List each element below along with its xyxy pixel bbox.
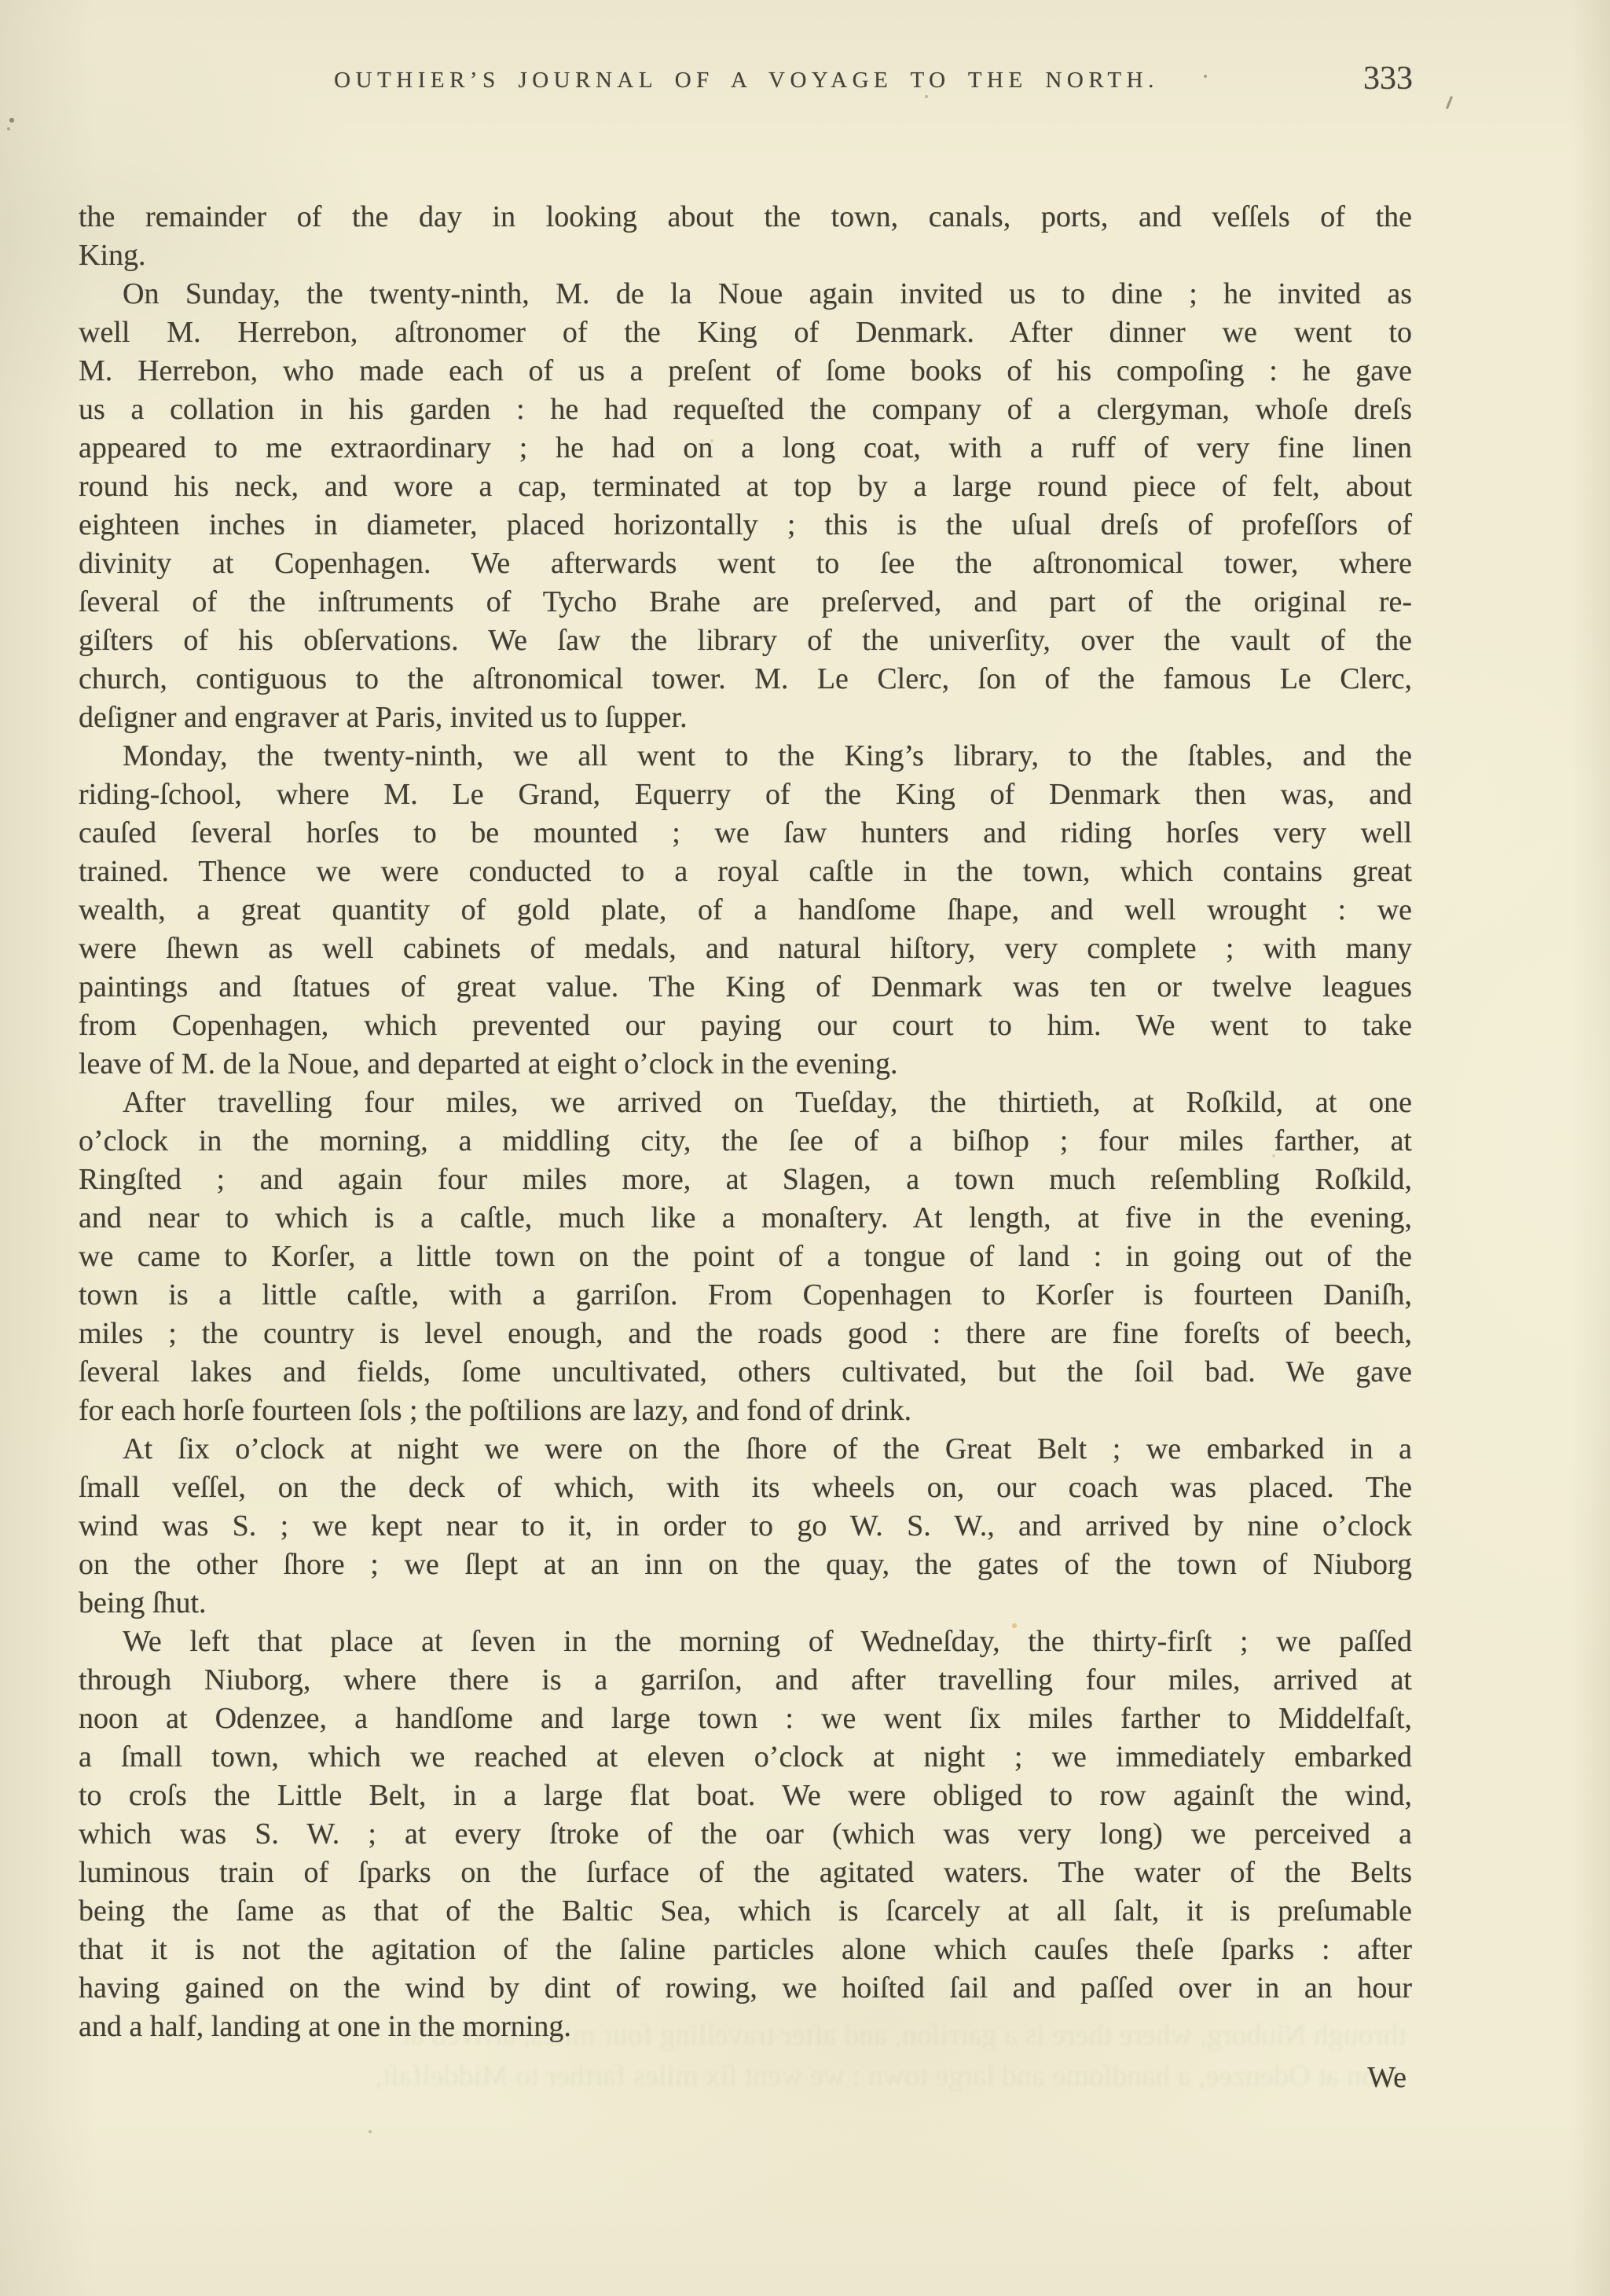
text-line: church, contiguous to the aſtronomical t… xyxy=(79,660,1412,699)
text-line: luminous train of ſparks on the ſurface … xyxy=(79,1854,1412,1892)
text-line: deſigner and engraver at Paris, invited … xyxy=(79,699,1412,737)
text-line: At ſix o’clock at night we were on the ſ… xyxy=(79,1430,1412,1469)
text-line: that it is not the agitation of the ſali… xyxy=(79,1931,1412,1969)
text-line: trained. Thence we were conducted to a r… xyxy=(79,853,1412,891)
text-line: ſeveral of the inſtruments of Tycho Brah… xyxy=(79,583,1412,622)
text-line: well M. Herrebon, aſtronomer of the King… xyxy=(79,314,1412,352)
text-line: ſeveral lakes and fields, ſome uncultiva… xyxy=(79,1353,1412,1392)
text-line: and near to which is a caſtle, much like… xyxy=(79,1199,1412,1238)
text-line: for each horſe fourteen ſols ; the poſti… xyxy=(79,1392,1412,1430)
text-line: After travelling four miles, we arrived … xyxy=(79,1084,1412,1122)
paragraph: After travelling four miles, we arrived … xyxy=(79,1084,1412,1430)
text-line: town is a little caſtle, with a garriſon… xyxy=(79,1276,1412,1315)
text-line: riding-ſchool, where M. Le Grand, Equerr… xyxy=(79,776,1412,814)
page-number: 333 xyxy=(1363,60,1413,97)
text-line: us a collation in his garden : he had re… xyxy=(79,391,1412,429)
text-line: eighteen inches in diameter, placed hori… xyxy=(79,506,1412,545)
text-line: giſters of his obſervations. We ſaw the … xyxy=(79,622,1412,660)
text-line: to croſs the Little Belt, in a large fla… xyxy=(79,1777,1412,1815)
paragraph: We left that place at ſeven in the morni… xyxy=(79,1623,1412,2046)
text-line: o’clock in the morning, a middling city,… xyxy=(79,1122,1412,1161)
text-line: appeared to me extraordinary ; he had on… xyxy=(79,429,1412,468)
text-line: divinity at Copenhagen. We afterwards we… xyxy=(79,545,1412,583)
catchword: We xyxy=(79,2060,1416,2095)
text-line: Ringſted ; and again four miles more, at… xyxy=(79,1161,1412,1199)
text-line: wind was S. ; we kept near to it, in ord… xyxy=(79,1507,1412,1546)
text-line: from Copenhagen, which prevented our pay… xyxy=(79,1007,1412,1045)
text-line: On Sunday, the twenty-ninth, M. de la No… xyxy=(79,275,1412,314)
text-line: a ſmall town, which we reached at eleven… xyxy=(79,1738,1412,1777)
stray-ink-mark xyxy=(1446,96,1453,109)
text-line: on the other ſhore ; we ſlept at an inn … xyxy=(79,1546,1412,1584)
text-line: having gained on the wind by dint of row… xyxy=(79,1969,1412,2008)
text-line: paintings and ſtatues of great value. Th… xyxy=(79,968,1412,1007)
book-page: OUTHIER’S JOURNAL OF A VOYAGE TO THE NOR… xyxy=(0,0,1610,2296)
text-line: noon at Odenzee, a handſome and large to… xyxy=(79,1700,1412,1738)
text-line: through Niuborg, where there is a garriſ… xyxy=(79,1661,1412,1700)
paragraph: On Sunday, the twenty-ninth, M. de la No… xyxy=(79,275,1412,737)
paragraph: At ſix o’clock at night we were on the ſ… xyxy=(79,1430,1412,1623)
text-line: which was S. W. ; at every ſtroke of the… xyxy=(79,1815,1412,1854)
text-line: were ſhewn as well cabinets of medals, a… xyxy=(79,930,1412,968)
text-line: we came to Korſer, a little town on the … xyxy=(79,1238,1412,1276)
text-line: miles ; the country is level enough, and… xyxy=(79,1315,1412,1353)
text-line: M. Herrebon, who made each of us a preſe… xyxy=(79,352,1412,391)
text-line: We left that place at ſeven in the morni… xyxy=(79,1623,1412,1661)
text-line: ſmall veſſel, on the deck of which, with… xyxy=(79,1469,1412,1507)
text-line: cauſed ſeveral horſes to be mounted ; we… xyxy=(79,814,1412,853)
ink-speck-cluster xyxy=(0,0,2,2)
page-header: OUTHIER’S JOURNAL OF A VOYAGE TO THE NOR… xyxy=(79,68,1414,115)
text-line: round his neck, and wore a cap, terminat… xyxy=(79,468,1412,506)
paragraph: the remainder of the day in looking abou… xyxy=(79,198,1412,275)
body-text: the remainder of the day in looking abou… xyxy=(79,198,1412,2046)
running-title: OUTHIER’S JOURNAL OF A VOYAGE TO THE NOR… xyxy=(79,68,1414,94)
text-line: Monday, the twenty-ninth, we all went to… xyxy=(79,737,1412,776)
text-line: wealth, a great quantity of gold plate, … xyxy=(79,891,1412,930)
text-line: being ſhut. xyxy=(79,1584,1412,1623)
text-line: leave of M. de la Noue, and departed at … xyxy=(79,1045,1412,1084)
paragraph: Monday, the twenty-ninth, we all went to… xyxy=(79,737,1412,1084)
text-line: and a half, landing at one in the mornin… xyxy=(79,2008,1412,2046)
text-line: being the ſame as that of the Baltic Sea… xyxy=(79,1892,1412,1931)
text-line: King. xyxy=(79,237,1412,275)
text-line: the remainder of the day in looking abou… xyxy=(79,198,1412,237)
